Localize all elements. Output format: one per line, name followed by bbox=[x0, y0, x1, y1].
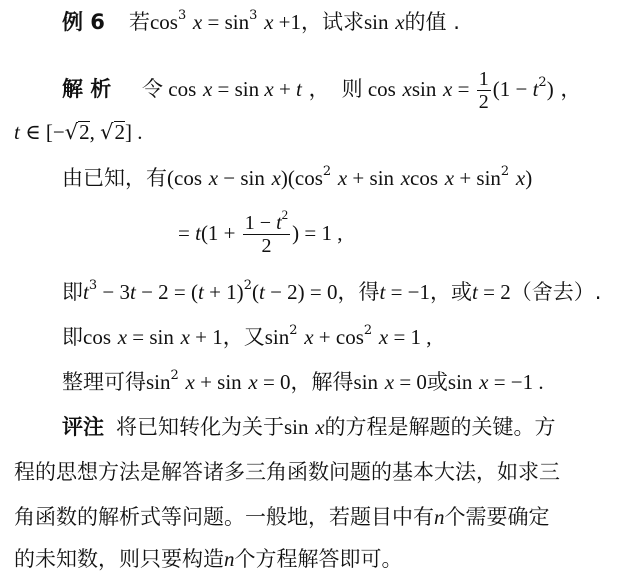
example-statement: 例 6若cos3 x = sin3 x +1，试求sin x的值 . bbox=[62, 10, 460, 34]
solution-line: 整理可得sin2 x + sin x = 0，解得sin x = 0或sin x… bbox=[62, 370, 544, 394]
fraction-one-minus-t-squared-over-two: 1 − t22 bbox=[243, 212, 290, 257]
note-label: 评注 bbox=[62, 415, 104, 439]
known-expansion: 由已知，有(cos x − sin x)(cos2 x + sin xcos x… bbox=[62, 166, 532, 190]
fraction-one-half: 12 bbox=[477, 68, 491, 113]
sqrt-icon: √ bbox=[100, 120, 113, 144]
analysis-label: 解 析 bbox=[62, 77, 111, 101]
t-range: t ∈ [−√2, √2] . bbox=[14, 120, 143, 144]
cubic-factorization: 即t3 − 3t − 2 = (t + 1)2(t − 2) = 0，得t = … bbox=[62, 280, 601, 304]
note-line-4: 的未知数，则只要构造n个方程解答即可。 bbox=[14, 547, 403, 571]
example-label: 例 6 bbox=[62, 10, 105, 34]
note-line-3: 角函数的解析式等问题。一般地，若题目中有n个需要确定 bbox=[14, 505, 550, 529]
sqrt-icon: √ bbox=[65, 120, 78, 144]
analysis-intro: 解 析 令 cos x = sin x + t ，则 cos xsin x = … bbox=[62, 58, 581, 103]
note-line-2: 程的思想方法是解答诸多三角函数问题的基本大法，如求三 bbox=[14, 460, 560, 484]
identity-line: 即cos x = sin x + 1，又sin2 x + cos2 x = 1 … bbox=[62, 325, 432, 349]
note-line-1: 评注将已知转化为关于sin x的方程是解题的关键。方 bbox=[62, 415, 556, 439]
equal-line: = t(1 + 1 − t22) = 1 , bbox=[178, 212, 342, 257]
